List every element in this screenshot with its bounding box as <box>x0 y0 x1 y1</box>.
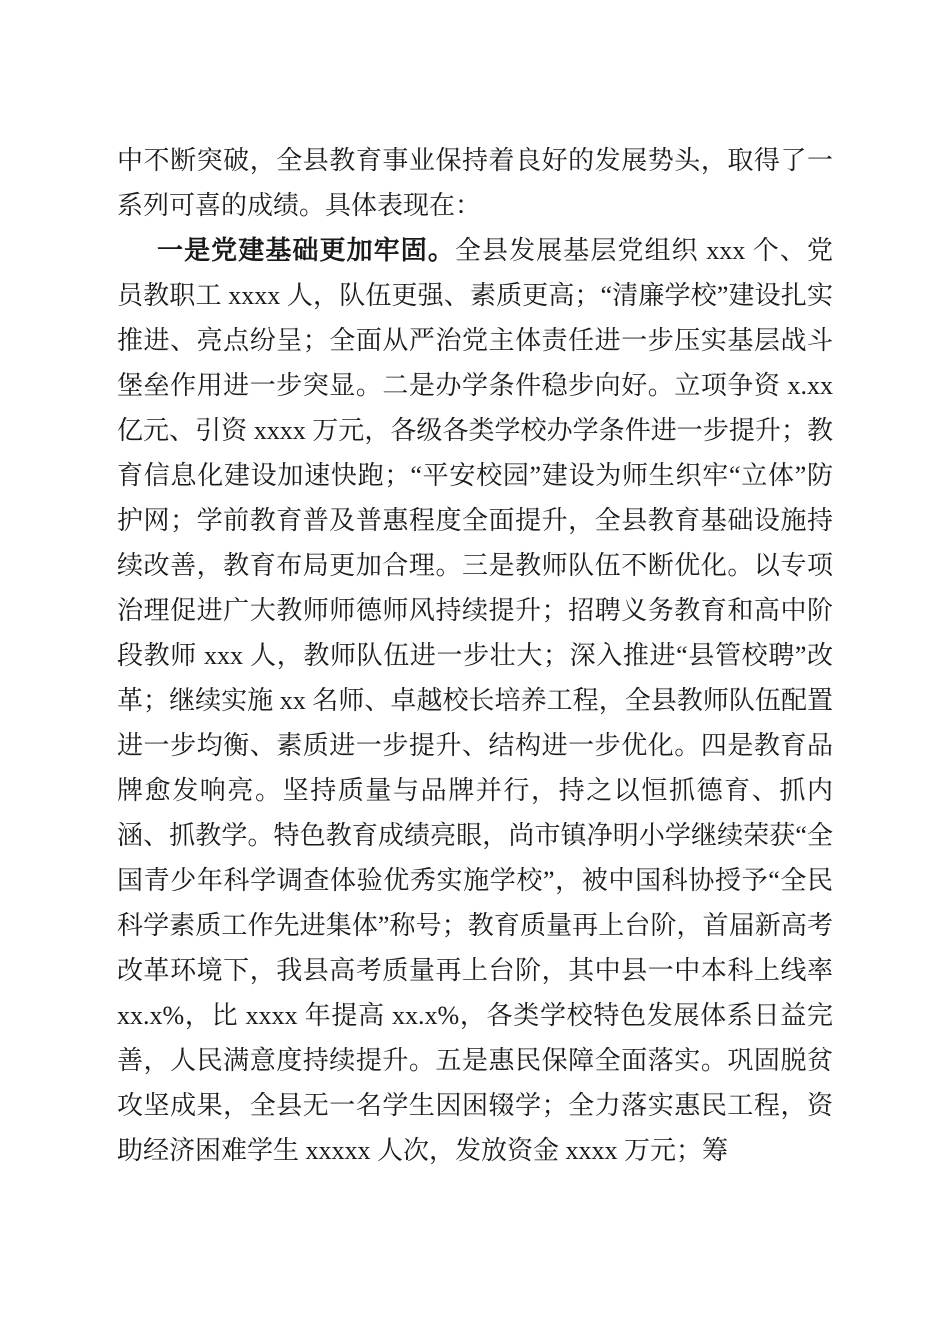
bold-lead-in-text: 一是党建基础更加牢固。 <box>157 236 455 265</box>
paragraph-text: 中不断突破，全县教育事业保持着良好的发展势头，取得了一系列可喜的成绩。具体表现在… <box>117 146 833 220</box>
document-body: 中不断突破，全县教育事业保持着良好的发展势头，取得了一系列可喜的成绩。具体表现在… <box>117 138 833 1173</box>
paragraph: 中不断突破，全县教育事业保持着良好的发展势头，取得了一系列可喜的成绩。具体表现在… <box>117 138 833 228</box>
paragraph-text: 全县发展基层党组织 xxx 个、党员教职工 xxxx 人，队伍更强、素质更高；“… <box>117 236 833 1165</box>
paragraph: 一是党建基础更加牢固。全县发展基层党组织 xxx 个、党员教职工 xxxx 人，… <box>117 228 833 1173</box>
document-page: 中不断突破，全县教育事业保持着良好的发展势头，取得了一系列可喜的成绩。具体表现在… <box>0 0 950 1344</box>
